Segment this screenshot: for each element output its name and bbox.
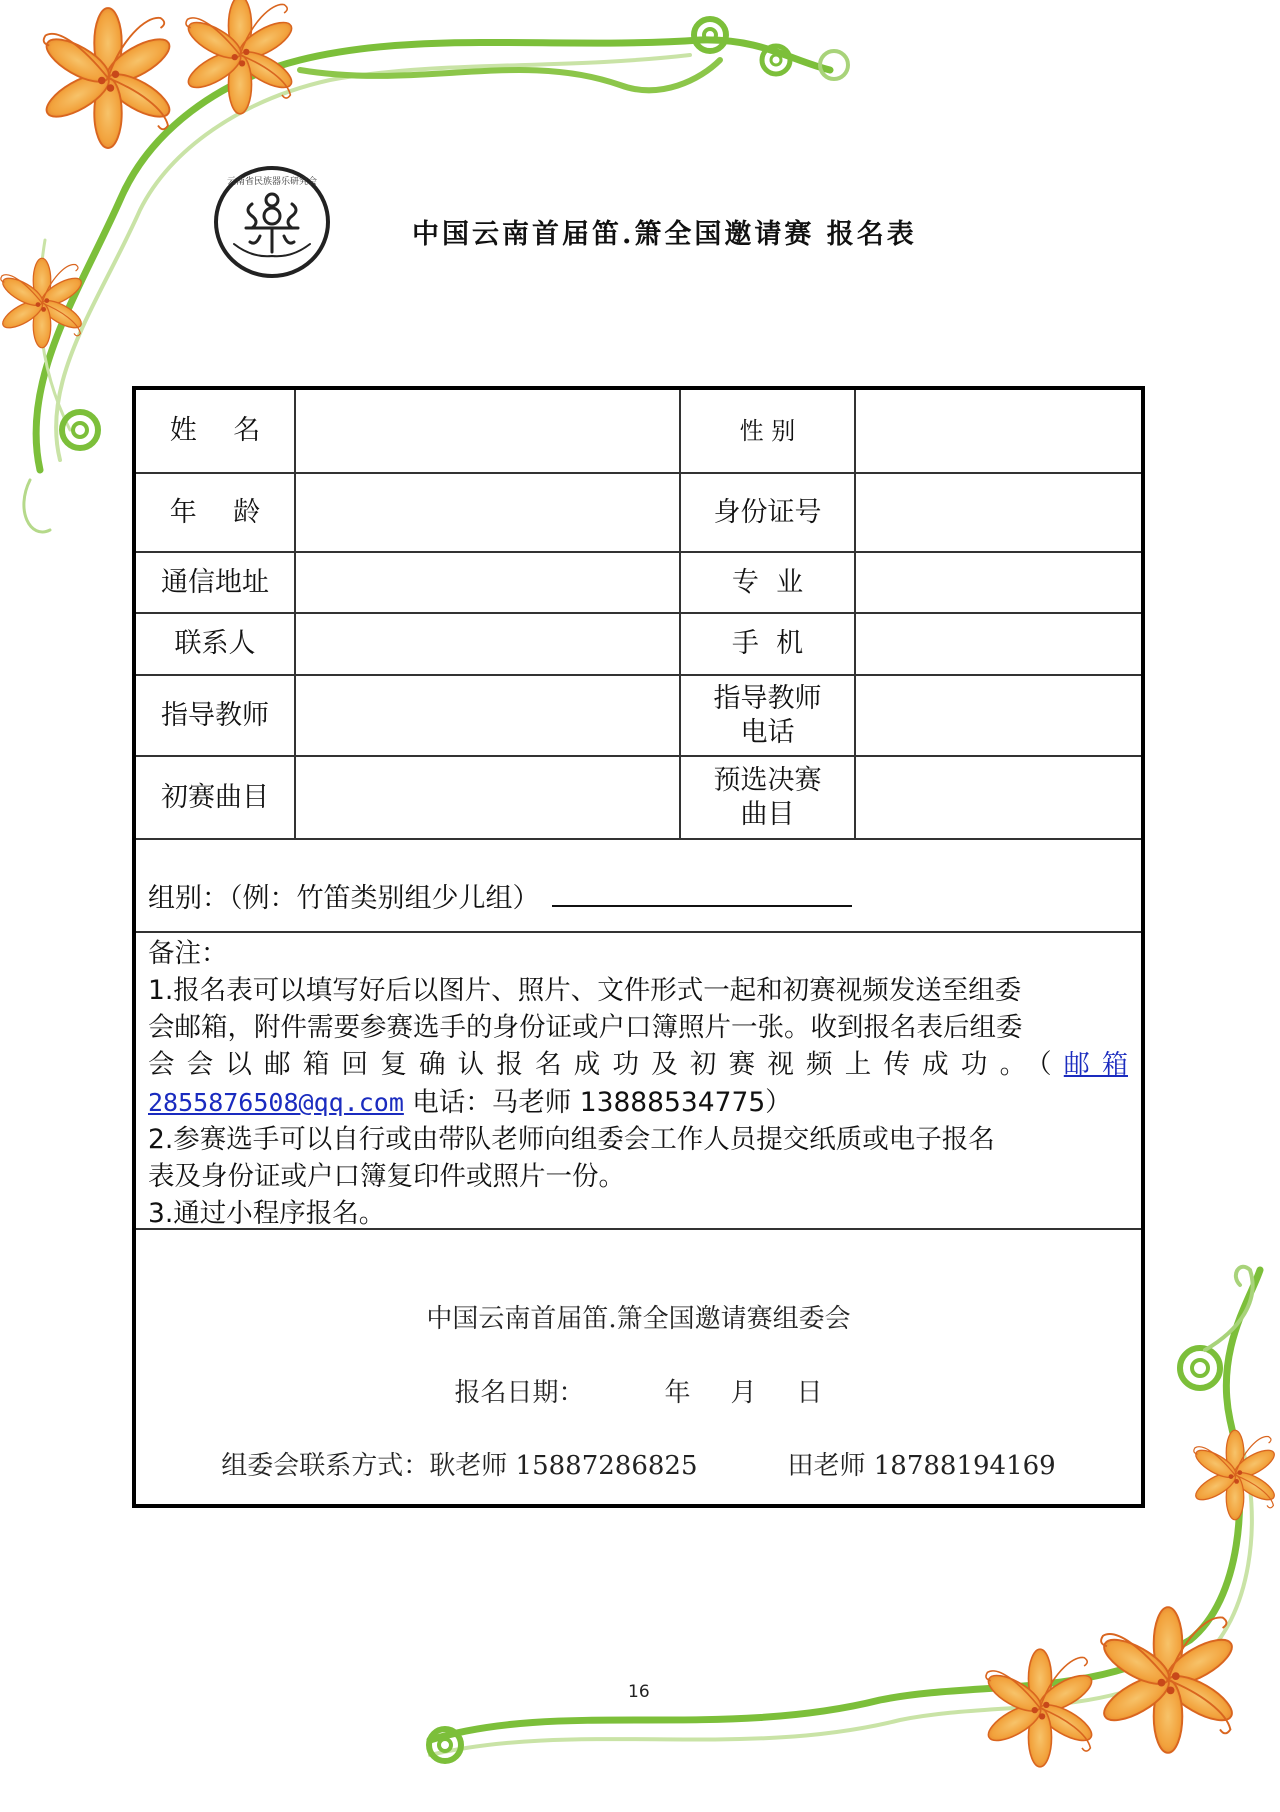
name-field[interactable] <box>296 390 681 472</box>
table-row-name: 姓 名 性 别 <box>136 390 1141 474</box>
label-mobile: 手 机 <box>681 614 856 674</box>
notes-heading: 备注： <box>148 935 1128 972</box>
instructor-field[interactable] <box>296 676 681 755</box>
preliminary-piece-field[interactable] <box>296 757 681 838</box>
notes-text: 备注： 1.报名表可以填写好后以图片、照片、文件形式一起和初赛视频发送至组委 会… <box>148 935 1128 1232</box>
form-title: 中国云南首届笛.箫全国邀请赛 报名表 <box>412 212 917 251</box>
final-piece-field[interactable] <box>856 757 1141 838</box>
label-major: 专 业 <box>681 553 856 612</box>
registration-date: 报名日期：年月日 <box>136 1372 1141 1409</box>
registration-form-table: 姓 名 性 别 年 龄 身份证号 通信地址 专 业 联系人 手 机 指导教师 指… <box>132 386 1145 1508</box>
table-row-address: 通信地址 专 业 <box>136 553 1141 614</box>
association-seal-icon: 云南省民族器乐研究会 <box>212 164 332 280</box>
major-field[interactable] <box>856 553 1141 612</box>
association-logo: 云南省民族器乐研究会 <box>212 164 332 280</box>
instructor-phone-field[interactable] <box>856 676 1141 755</box>
group-category: 组别：（例：竹笛类别组少儿组） <box>148 876 852 915</box>
organizer-name: 中国云南首届笛.箫全国邀请赛组委会 <box>136 1298 1141 1335</box>
label-gender: 性 别 <box>681 390 856 472</box>
label-name: 姓 名 <box>136 390 296 472</box>
date-year-field[interactable]: 年 <box>664 1378 690 1408</box>
date-day-field[interactable]: 日 <box>797 1378 823 1408</box>
email-label-link[interactable]: 邮箱 <box>1064 1050 1128 1080</box>
table-row-teacher: 指导教师 指导教师 电话 <box>136 676 1141 757</box>
id-number-field[interactable] <box>856 474 1141 551</box>
label-age: 年 龄 <box>136 474 296 551</box>
mobile-field[interactable] <box>856 614 1141 674</box>
table-row-contact: 联系人 手 机 <box>136 614 1141 676</box>
email-link[interactable]: 2855876508@qq.com <box>148 1088 404 1117</box>
gender-field[interactable] <box>856 390 1141 472</box>
address-field[interactable] <box>296 553 681 612</box>
group-input-line[interactable] <box>552 879 852 907</box>
date-month-field[interactable]: 月 <box>731 1378 757 1408</box>
label-address: 通信地址 <box>136 553 296 612</box>
label-contact-person: 联系人 <box>136 614 296 674</box>
contact-person-field[interactable] <box>296 614 681 674</box>
table-row-age: 年 龄 身份证号 <box>136 474 1141 553</box>
phone-contact: 电话：马老师 13888534775） <box>404 1087 792 1118</box>
label-preliminary-piece: 初赛曲目 <box>136 757 296 838</box>
label-instructor: 指导教师 <box>136 676 296 755</box>
label-instructor-phone: 指导教师 电话 <box>681 676 856 755</box>
label-final-piece: 预选决赛 曲目 <box>681 757 856 838</box>
group-label: 组别：（例：竹笛类别组少儿组） <box>148 883 540 914</box>
age-field[interactable] <box>296 474 681 551</box>
table-row-repertoire: 初赛曲目 预选决赛 曲目 <box>136 757 1141 840</box>
committee-contacts: 组委会联系方式：耿老师 15887286825田老师 18788194169 <box>136 1445 1141 1482</box>
table-row-group: 组别：（例：竹笛类别组少儿组） <box>136 840 1141 933</box>
label-id-number: 身份证号 <box>681 474 856 551</box>
svg-text:云南省民族器乐研究会: 云南省民族器乐研究会 <box>227 175 317 187</box>
page-number: 16 <box>628 1682 650 1702</box>
notes-section: 备注： 1.报名表可以填写好后以图片、照片、文件形式一起和初赛视频发送至组委 会… <box>136 933 1141 1230</box>
